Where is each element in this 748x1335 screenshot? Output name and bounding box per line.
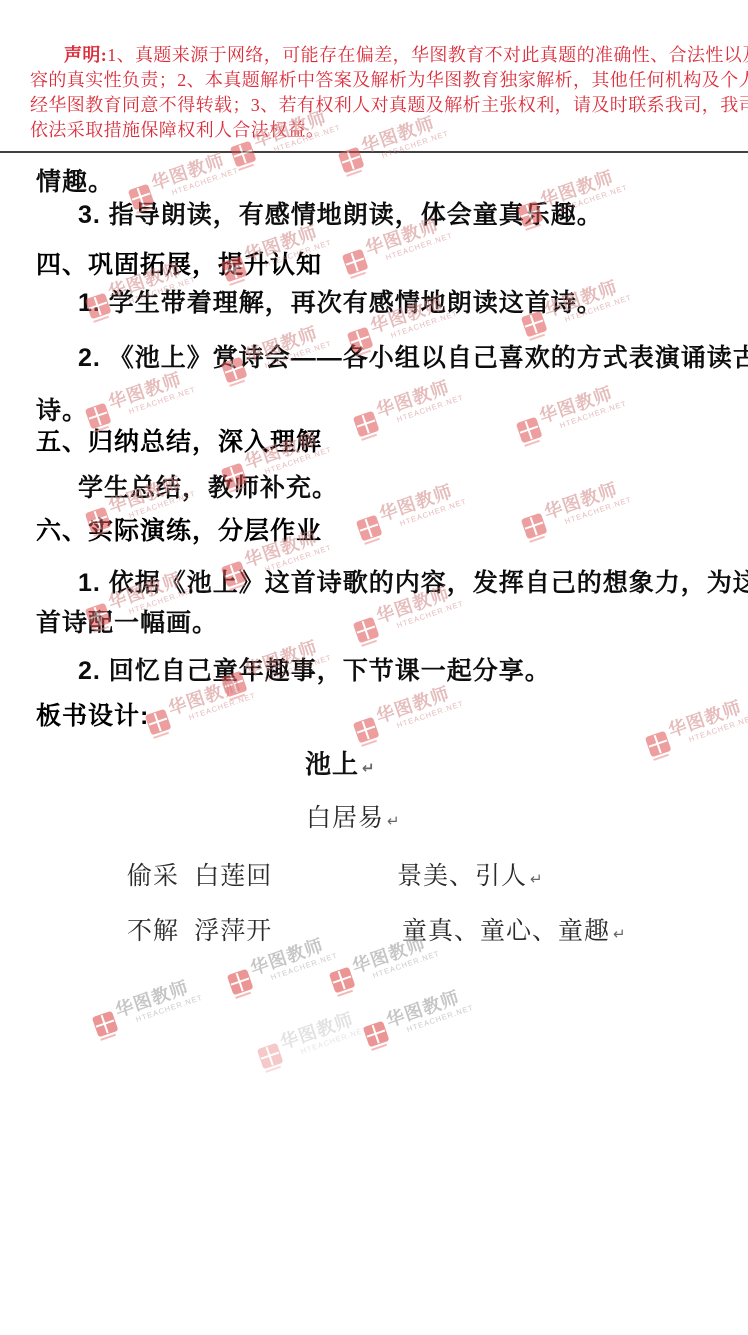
logo-caption-mark [337, 990, 353, 997]
watermark-cn-text: 华图教师 [106, 367, 194, 413]
watermark: 华图教师HTEACHER.NET [643, 695, 748, 758]
huatu-logo-icon [353, 411, 380, 438]
watermark-en-text: HTEACHER.NET [405, 1003, 474, 1034]
blackboard-text: 不解 浮萍开 [127, 918, 272, 945]
watermark: 华图教师HTEACHER.NET [351, 375, 465, 438]
disclaimer-prefix: 声明: [64, 45, 107, 65]
watermark: 华图教师HTEACHER.NET [354, 479, 468, 542]
watermark-en-text: HTEACHER.NET [398, 497, 467, 528]
watermark-en-text: HTEACHER.NET [384, 231, 453, 262]
watermark-en-text: HTEACHER.NET [127, 385, 196, 416]
watermark: 华图教师HTEACHER.NET [255, 1007, 369, 1070]
huatu-logo-icon [227, 969, 254, 996]
watermark-en-text: HTEACHER.NET [395, 699, 464, 730]
logo-caption-mark [361, 434, 377, 441]
paragraph-mark-icon: ↵ [530, 870, 544, 888]
logo-caption-mark [529, 536, 545, 543]
blackboard-line: 白居易↵ [306, 804, 401, 836]
body-line: 2. 回忆自己童年趣事，下节课一起分享。 [78, 656, 551, 686]
section-heading: 六、实际演练，分层作业 [36, 516, 322, 546]
watermark-en-text: HTEACHER.NET [134, 993, 203, 1024]
paragraph-mark-icon: ↵ [613, 925, 627, 943]
logo-caption-mark [524, 440, 540, 447]
blackboard-text: 景美、引人 [397, 863, 527, 890]
watermark-en-text: HTEACHER.NET [187, 691, 256, 722]
blackboard-text: 偷采 白莲回 [127, 863, 272, 890]
huatu-logo-icon [230, 141, 257, 168]
watermark: 华图教师HTEACHER.NET [361, 985, 475, 1048]
watermark: 华图教师HTEACHER.NET [90, 975, 204, 1038]
blackboard-text: 白居易 [306, 805, 384, 832]
logo-caption-mark [229, 694, 245, 701]
section-heading: 板书设计: [36, 701, 149, 731]
watermark-cn-text: 华图教师 [374, 681, 462, 727]
watermark: 华图教师HTEACHER.NET [519, 477, 633, 540]
watermark-en-text: HTEACHER.NET [299, 1025, 368, 1056]
blackboard-line: 偷采 白莲回 [127, 862, 272, 891]
huatu-logo-icon [356, 515, 383, 542]
disclaimer-line: 声明:1、真题来源于网络，可能存在偏差，华图教育不对此真题的准确性、合法性以及内 [30, 43, 722, 68]
body-line: 1. 依据《池上》这首诗歌的内容，发挥自己的想象力，为这 [78, 568, 748, 598]
disclaimer: 声明:1、真题来源于网络，可能存在偏差，华图教育不对此真题的准确性、合法性以及内… [30, 43, 722, 143]
disclaimer-text: 1、真题来源于网络，可能存在偏差，华图教育不对此真题的准确性、合法性以及内 [107, 45, 748, 65]
body-line: 2. 《池上》赏诗会——各小组以自己喜欢的方式表演诵读古 [78, 343, 748, 373]
blackboard-line: 景美、引人↵ [397, 862, 544, 894]
logo-caption-mark [100, 1034, 116, 1041]
logo-caption-mark [153, 732, 169, 739]
logo-caption-mark [238, 164, 254, 171]
logo-caption-mark [235, 992, 251, 999]
huatu-logo-icon [521, 513, 548, 540]
disclaimer-line: 经华图教育同意不得转载；3、若有权利人对真题及解析主张权利，请及时联系我司，我司… [30, 93, 722, 118]
watermark-en-text: HTEACHER.NET [371, 949, 440, 980]
watermark-cn-text: 华图教师 [666, 695, 748, 741]
watermark-en-text: HTEACHER.NET [395, 599, 464, 630]
blackboard-text: 童真、童心、童趣 [402, 918, 610, 945]
document-page: 华图教师HTEACHER.NET华图教师HTEACHER.NET华图教师HTEA… [0, 0, 748, 1335]
body-line: 诗。 [36, 396, 88, 426]
huatu-logo-icon [329, 967, 356, 994]
watermark-cn-text: 华图教师 [149, 148, 237, 194]
watermark-cn-text: 华图教师 [537, 381, 625, 427]
huatu-logo-icon [353, 717, 380, 744]
logo-caption-mark [361, 640, 377, 647]
section-heading: 五、归纳总结，深入理解 [36, 427, 322, 457]
body-line: 1. 学生带着理解，再次有感情地朗读这首诗。 [78, 288, 603, 318]
watermark-en-text: HTEACHER.NET [269, 951, 338, 982]
body-line: 学生总结，教师补充。 [78, 473, 338, 503]
huatu-logo-icon [342, 249, 369, 276]
huatu-logo-icon [85, 403, 112, 430]
huatu-logo-icon [92, 1011, 119, 1038]
section-heading: 四、巩固拓展，提升认知 [36, 250, 322, 280]
watermark: 华图教师HTEACHER.NET [83, 367, 197, 430]
blackboard-line: 不解 浮萍开 [127, 917, 272, 946]
huatu-logo-icon [516, 417, 543, 444]
watermark-en-text: HTEACHER.NET [563, 495, 632, 526]
paragraph-mark-icon: ↵ [387, 812, 401, 830]
huatu-logo-icon [645, 731, 672, 758]
body-line: 情趣。 [36, 167, 114, 197]
logo-caption-mark [529, 334, 545, 341]
section-divider [0, 151, 748, 153]
watermark-en-text: HTEACHER.NET [170, 166, 239, 197]
watermark-en-text: HTEACHER.NET [558, 399, 627, 430]
huatu-logo-icon [353, 617, 380, 644]
logo-caption-mark [229, 380, 245, 387]
blackboard-line: 童真、童心、童趣↵ [402, 917, 627, 949]
blackboard-title: 池上↵ [305, 750, 376, 783]
logo-caption-mark [350, 272, 366, 279]
watermark-cn-text: 华图教师 [278, 1007, 366, 1053]
logo-caption-mark [361, 740, 377, 747]
disclaimer-line: 依法采取措施保障权利人合法权益。 [30, 118, 722, 143]
disclaimer-line: 容的真实性负责；2、本真题解析中答案及解析为华图教育独家解析，其他任何机构及个人… [30, 68, 722, 93]
huatu-logo-icon [257, 1043, 284, 1070]
watermark-cn-text: 华图教师 [377, 479, 465, 525]
watermark-en-text: HTEACHER.NET [687, 713, 748, 744]
body-line: 3. 指导朗读，有感情地朗读，体会童真乐趣。 [78, 200, 603, 230]
watermark-cn-text: 华图教师 [374, 375, 462, 421]
logo-caption-mark [364, 538, 380, 545]
logo-caption-mark [265, 1066, 281, 1073]
watermark: 华图教师HTEACHER.NET [514, 381, 628, 444]
blackboard-text: 池上 [305, 750, 359, 779]
paragraph-mark-icon: ↵ [362, 759, 376, 777]
watermark-cn-text: 华图教师 [113, 975, 201, 1021]
body-line: 首诗配一幅画。 [36, 608, 218, 638]
logo-caption-mark [346, 170, 362, 177]
watermark-cn-text: 华图教师 [542, 477, 630, 523]
watermark-en-text: HTEACHER.NET [395, 393, 464, 424]
logo-caption-mark [653, 754, 669, 761]
huatu-logo-icon [363, 1021, 390, 1048]
logo-caption-mark [371, 1044, 387, 1051]
watermark: 华图教师HTEACHER.NET [351, 681, 465, 744]
watermark-cn-text: 华图教师 [384, 985, 472, 1031]
